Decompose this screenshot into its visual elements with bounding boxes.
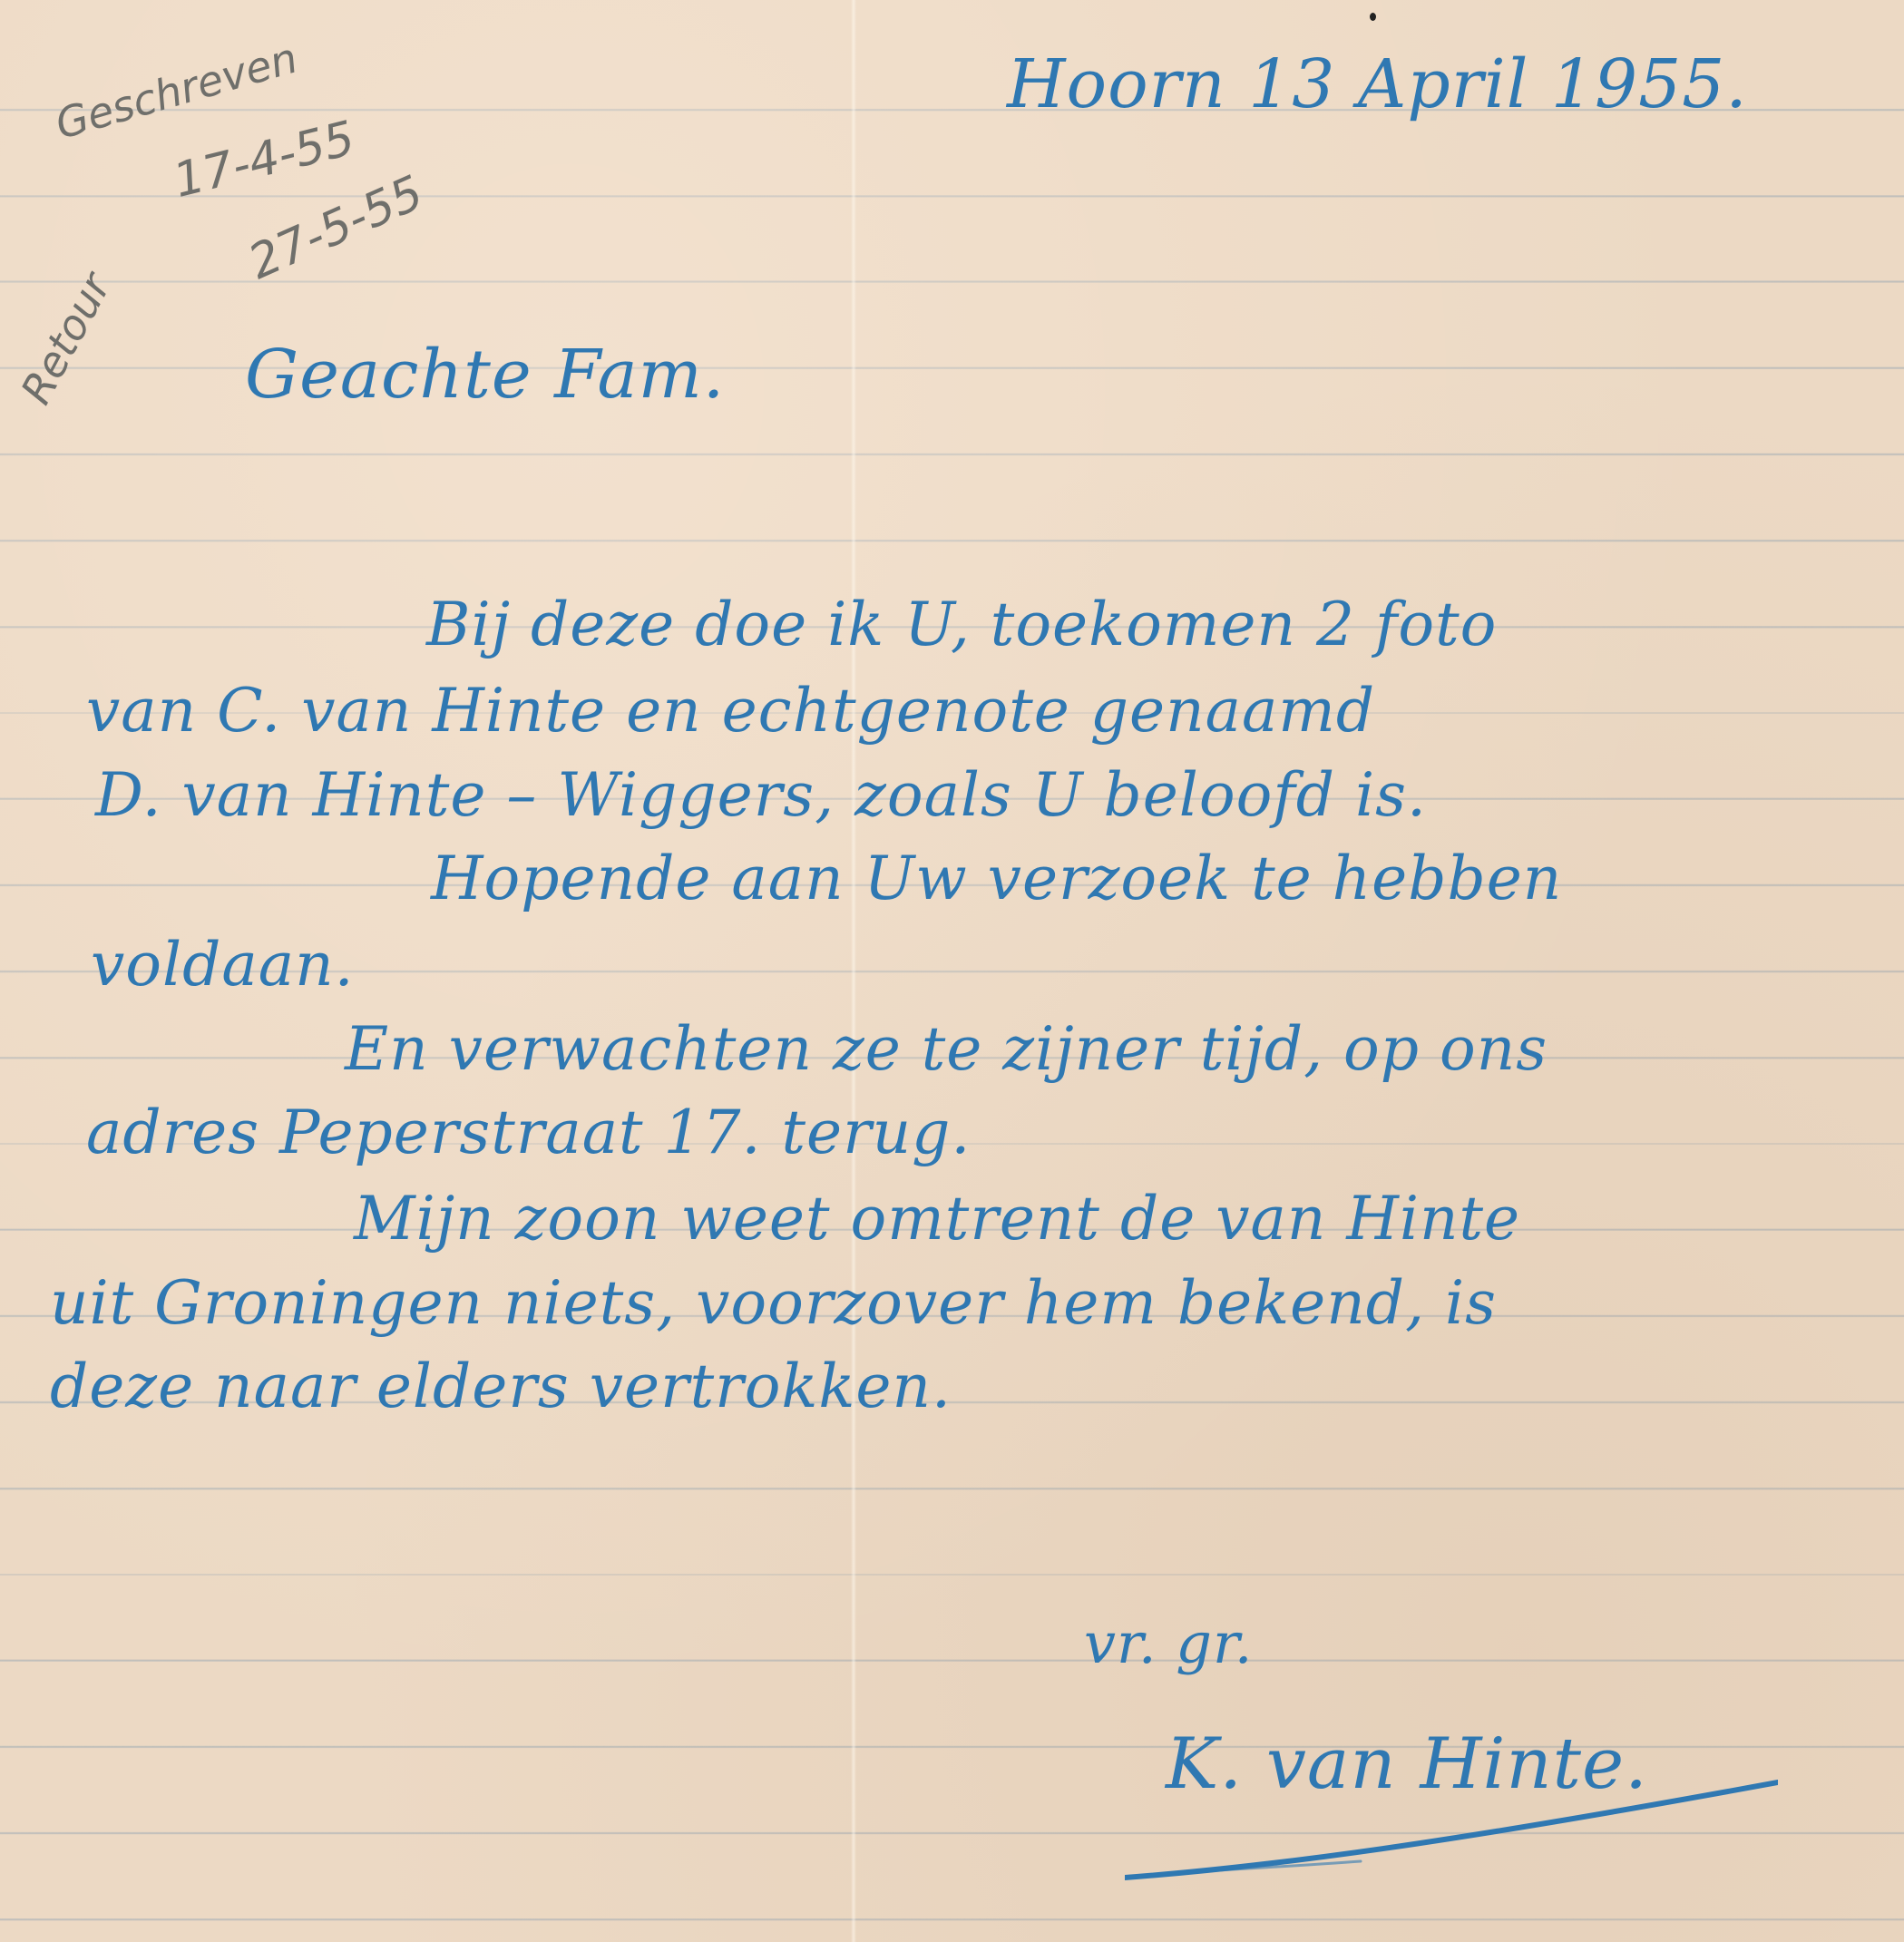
pencil-note-written-date: 17-4-55 (168, 112, 359, 209)
body-line: adres Peperstraat 17. terug. (86, 1098, 971, 1167)
body-line: van C. van Hinte en echtgenote genaamd (86, 676, 1375, 746)
body-line: Bij deze doe ik U, toekomen 2 foto (426, 590, 1497, 659)
pencil-note-return-label: Retour (11, 265, 120, 412)
body-line: Mijn zoon weet omtrent de van Hinte (354, 1184, 1520, 1254)
letter-place-date: Hoorn 13 April 1955. (1007, 45, 1748, 123)
body-line: voldaan. (91, 930, 355, 1000)
ink-dot (1370, 13, 1376, 21)
paper-fold-crease (851, 0, 856, 1942)
signature-underline (1125, 1778, 1778, 1887)
body-line: Hopende aan Uw verzoek te hebben (431, 844, 1562, 913)
body-line: D. van Hinte – Wiggers, zoals U beloofd … (95, 760, 1427, 830)
body-line: uit Groningen niets, voorzover hem beken… (50, 1268, 1497, 1338)
body-line: En verwachten ze te zijner tijd, op ons (345, 1014, 1548, 1084)
letter-page: Geschreven 17-4-55 Retour 27-5-55 Hoorn … (0, 0, 1904, 1942)
body-line: deze naar elders vertrokken. (50, 1352, 952, 1421)
closing-greeting: vr. gr. (1084, 1610, 1254, 1676)
letter-salutation: Geachte Fam. (245, 336, 725, 414)
